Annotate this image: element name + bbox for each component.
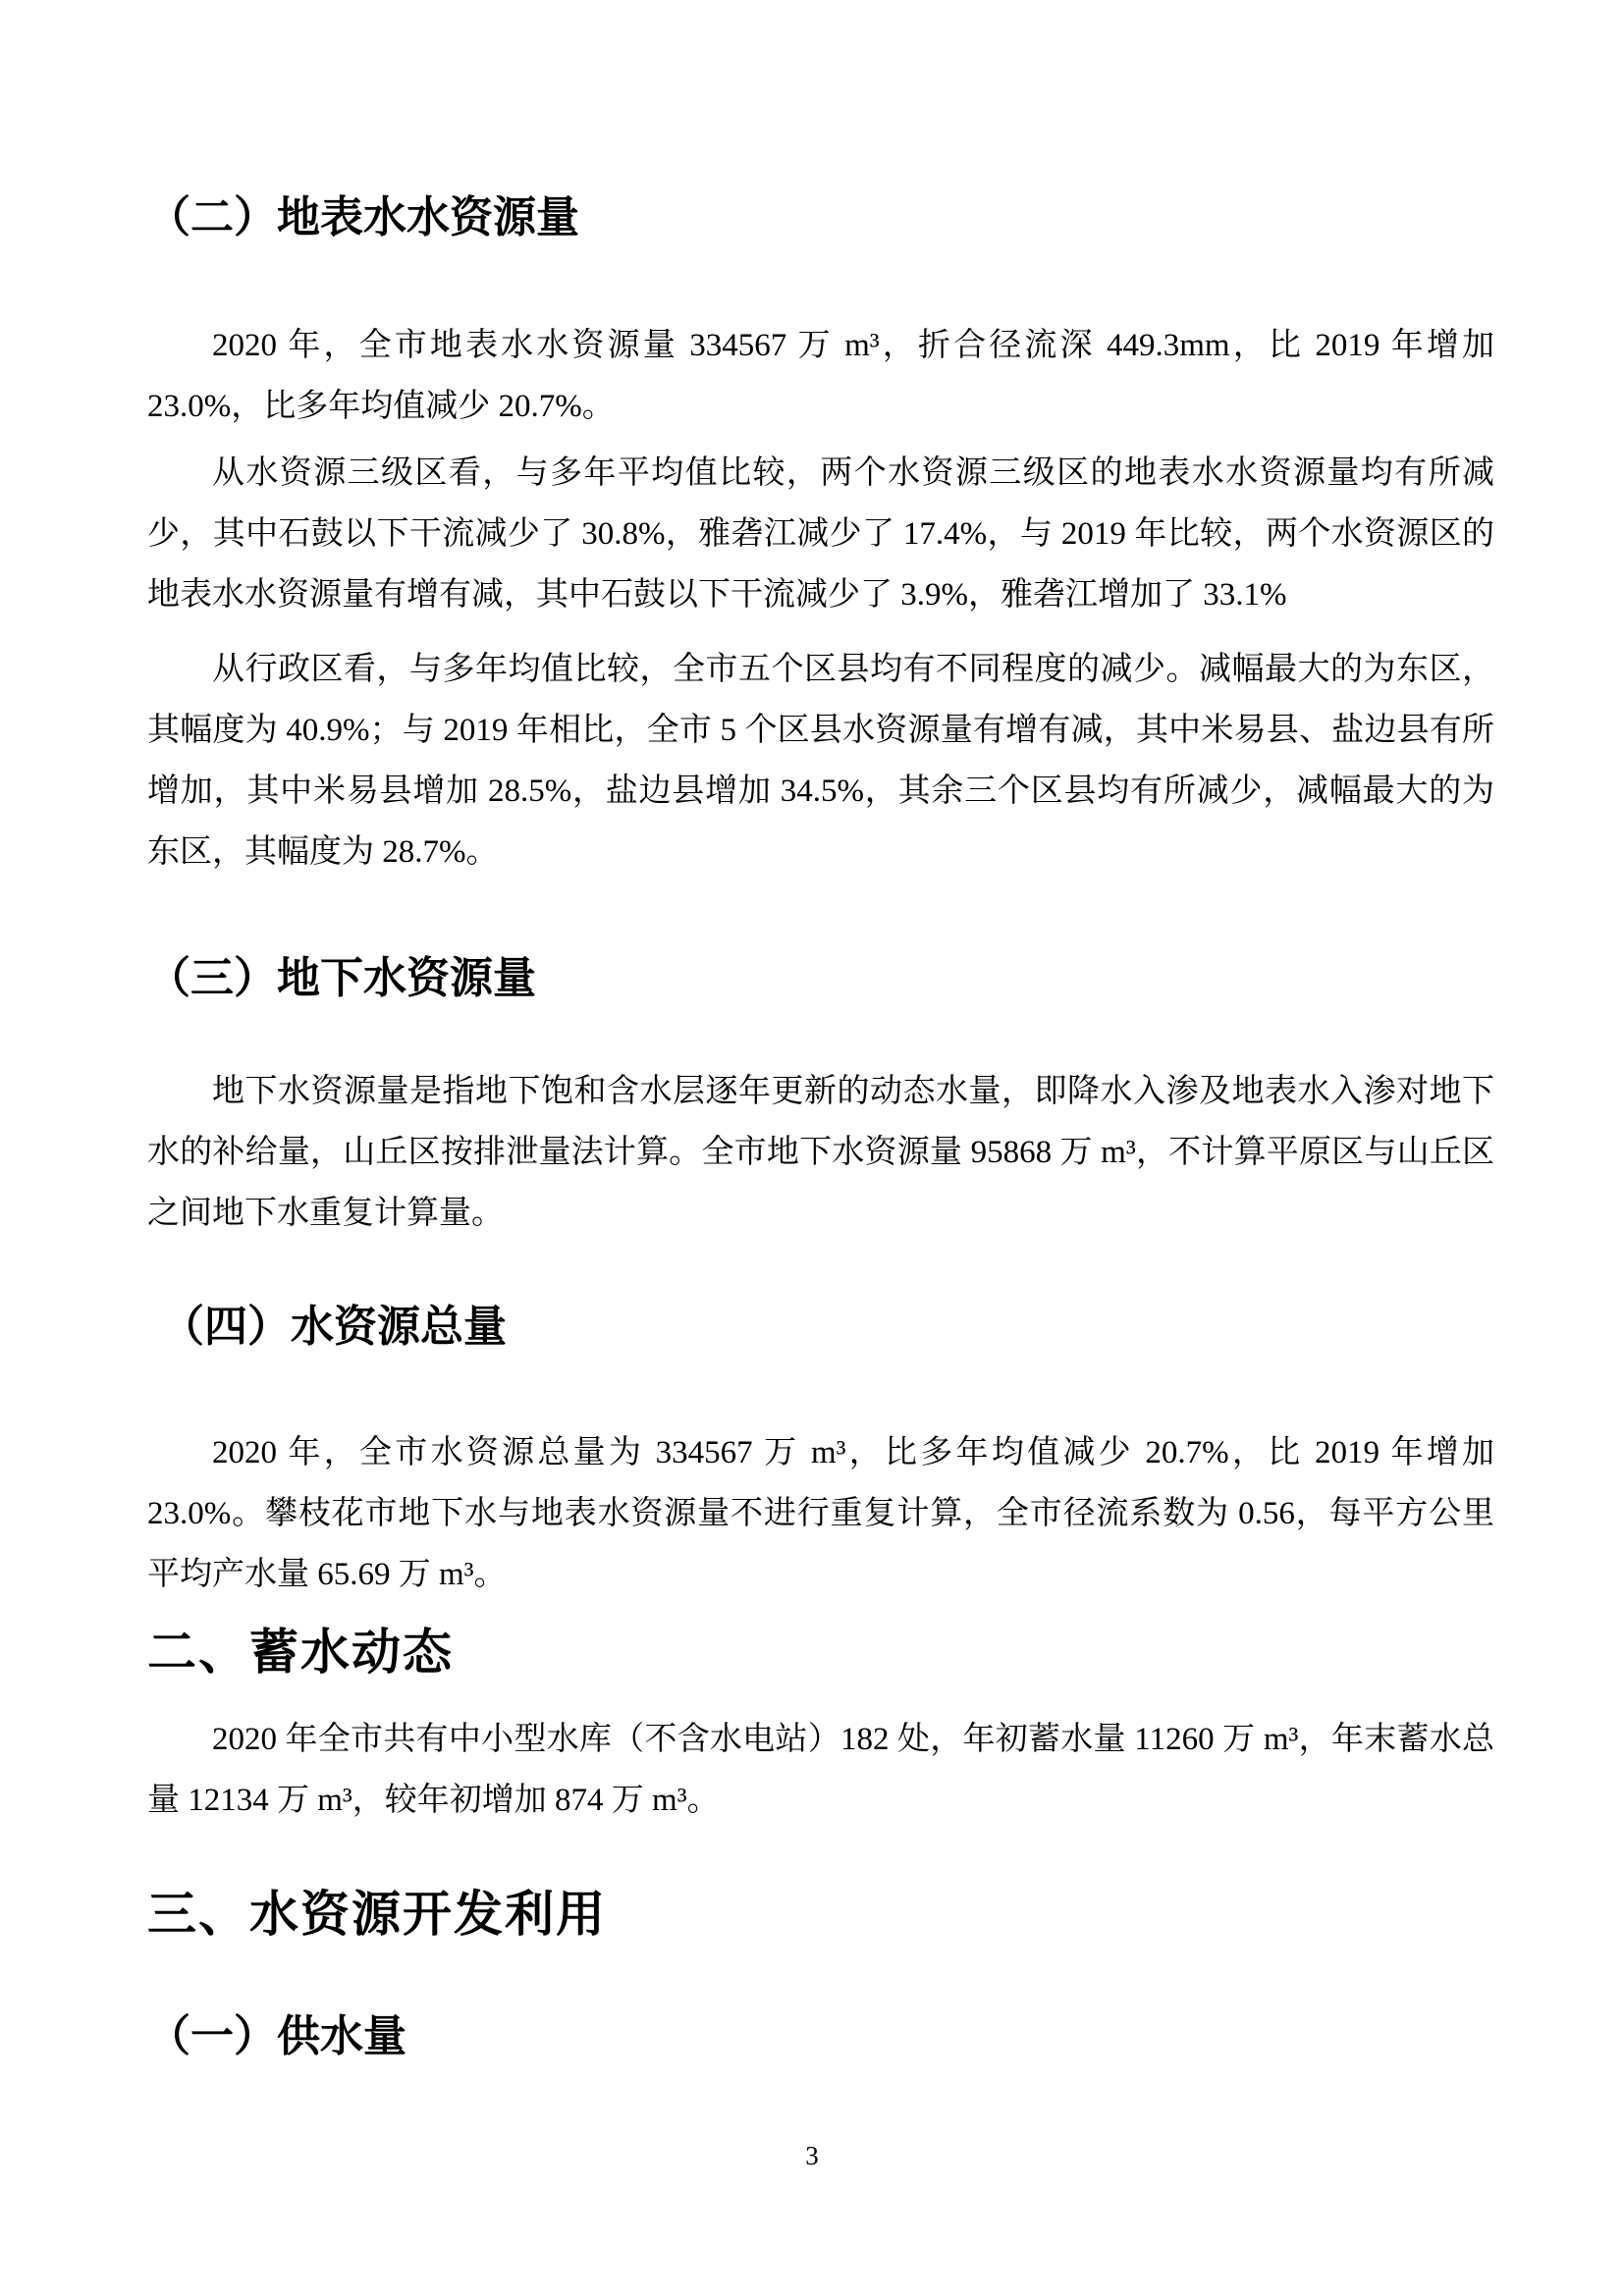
heading-groundwater-volume: （三）地下水资源量 (147, 952, 1494, 1005)
heading-water-supply: （一）供水量 (147, 2010, 1494, 2063)
heading-total-water-volume: （四）水资源总量 (161, 1301, 1494, 1354)
page-number: 3 (0, 2143, 1624, 2169)
heading-storage-dynamics: 二、蓄水动态 (147, 1623, 1494, 1682)
paragraph-total-water: 2020 年，全市水资源总量为 334567 万 m³，比多年均值减少 20.7… (147, 1422, 1494, 1605)
document-content: （二）地表水水资源量 2020 年，全市地表水水资源量 334567 万 m³，… (0, 0, 1624, 2063)
document-page: （二）地表水水资源量 2020 年，全市地表水水资源量 334567 万 m³，… (0, 0, 1624, 2296)
heading-surface-water-volume: （二）地表水水资源量 (147, 191, 1494, 244)
paragraph-surface-water-admin-zones: 从行政区看，与多年均值比较，全市五个区县均有不同程度的减少。减幅最大的为东区，其… (147, 639, 1494, 882)
paragraph-storage: 2020 年全市共有中小型水库（不含水电站）182 处，年初蓄水量 11260 … (147, 1709, 1494, 1831)
paragraph-surface-water-summary: 2020 年，全市地表水水资源量 334567 万 m³，折合径流深 449.3… (147, 315, 1494, 437)
paragraph-surface-water-basin-zones: 从水资源三级区看，与多年平均值比较，两个水资源三级区的地表水水资源量均有所减少，… (147, 443, 1494, 625)
heading-development-utilization: 三、水资源开发利用 (147, 1885, 1494, 1944)
paragraph-groundwater: 地下水资源量是指地下饱和含水层逐年更新的动态水量，即降水入渗及地表水入渗对地下水… (147, 1061, 1494, 1244)
